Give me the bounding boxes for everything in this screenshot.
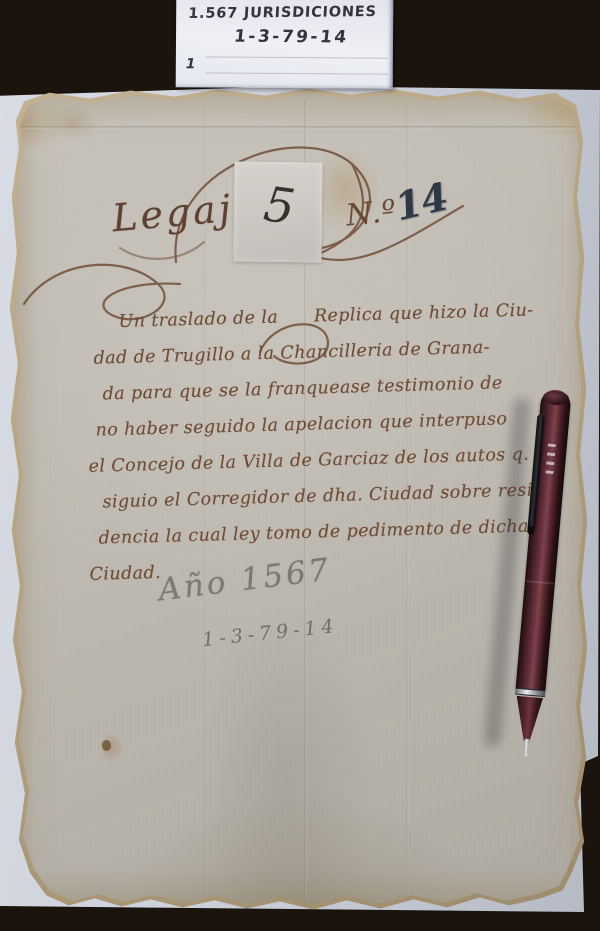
pencil-reference-annotation: 1-3-79-14 xyxy=(201,615,339,651)
numero-prefix: N.º xyxy=(344,193,398,233)
pen xyxy=(527,384,600,779)
pen-silver-ring xyxy=(515,688,545,698)
index-card-reference: 1-3-79-14 xyxy=(233,27,350,48)
fox-spot xyxy=(102,740,111,751)
page-surface: Legajo 5 N.º 14 Un traslado de la Replic… xyxy=(8,90,590,910)
pen-tip-ball xyxy=(524,754,527,757)
pen-tip-cone xyxy=(511,696,545,742)
ruled-line xyxy=(206,56,388,58)
photo-of-manuscript-on-table: Legajo 5 N.º 14 Un traslado de la Replic… xyxy=(0,0,600,931)
fold-crease-horizontal xyxy=(16,126,582,129)
repair-patch: 5 xyxy=(233,162,322,263)
ruled-line xyxy=(206,72,388,74)
index-card-corner-mark: 1 xyxy=(186,56,196,72)
fox-spot-halo xyxy=(98,732,124,762)
corner-stain xyxy=(42,102,102,142)
numero-value: 14 xyxy=(391,173,453,229)
numero-heading: N.º 14 xyxy=(344,193,398,233)
index-card: 1.567 JURISDICIONES 1-3-79-14 1 xyxy=(176,0,394,89)
manuscript-page: Legajo 5 N.º 14 Un traslado de la Replic… xyxy=(8,90,590,910)
pen-metal-tip xyxy=(523,739,530,755)
index-card-title: 1.567 JURISDICIONES xyxy=(188,4,378,22)
patch-number: 5 xyxy=(260,176,298,236)
